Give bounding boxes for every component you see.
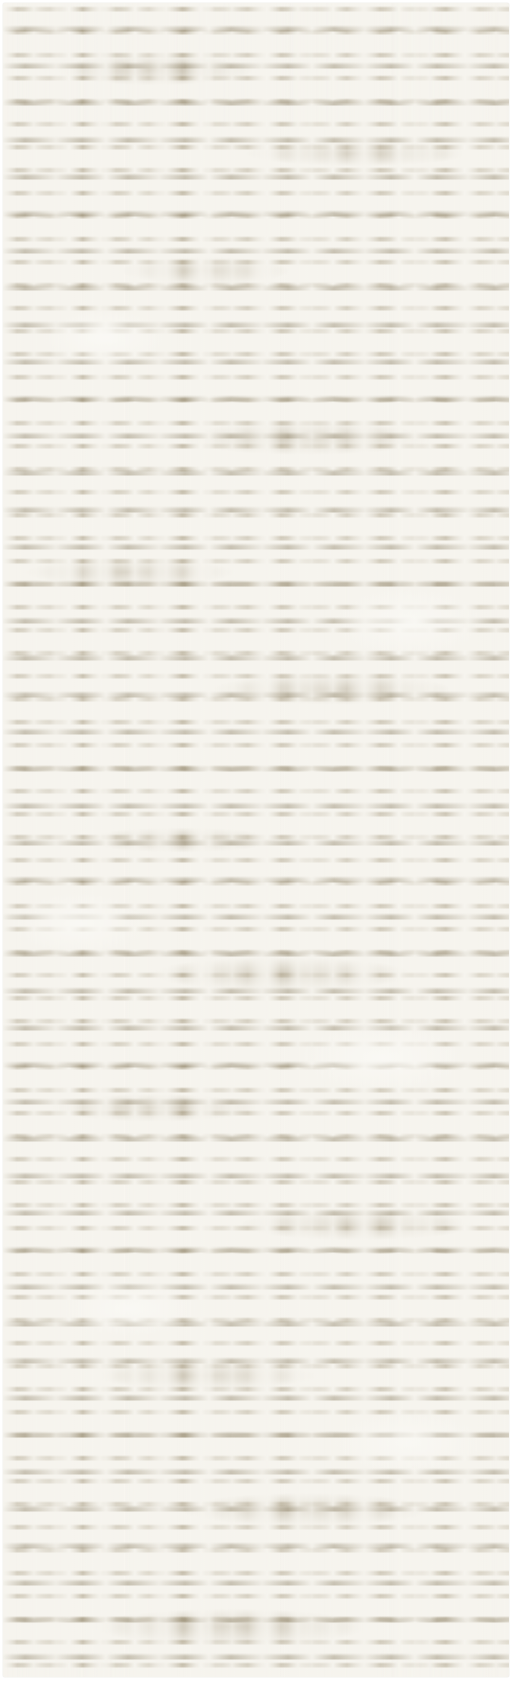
- runner-rug: [3, 3, 509, 1677]
- rug-cream-highlights: [3, 3, 509, 1677]
